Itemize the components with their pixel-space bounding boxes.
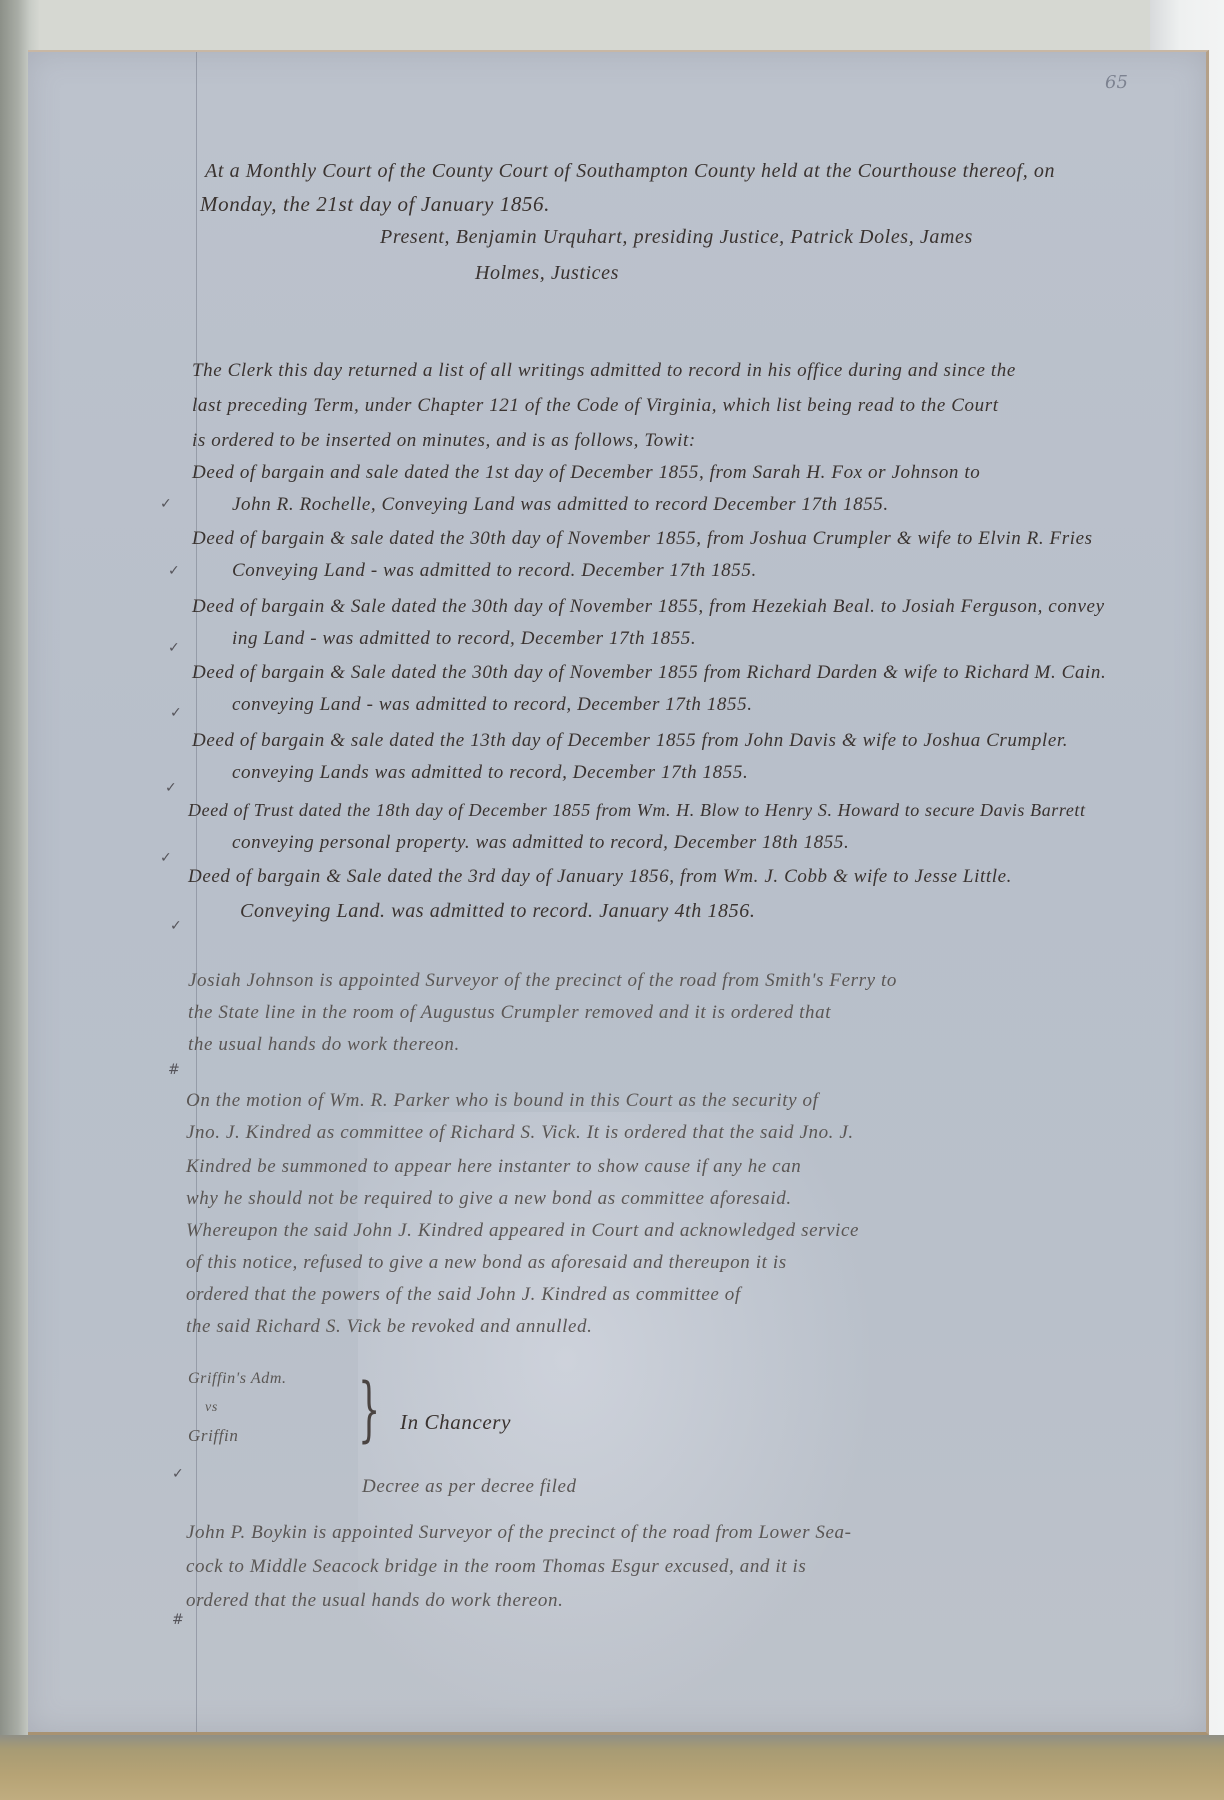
- motion-line: the said Richard S. Vick be revoked and …: [186, 1316, 592, 1338]
- brace-glyph: }: [358, 1368, 380, 1450]
- margin-mark: #: [168, 1062, 180, 1078]
- road-order-line: John P. Boykin is appointed Surveyor of …: [186, 1522, 852, 1544]
- deed-entry-line: Deed of bargain & Sale dated the 3rd day…: [188, 866, 1012, 888]
- margin-check-mark: ✓: [160, 496, 172, 512]
- road-order-line: the State line in the room of Augustus C…: [188, 1002, 831, 1024]
- page-number: 65: [1105, 72, 1128, 93]
- deed-entry-line: Conveying Land - was admitted to record.…: [232, 560, 757, 582]
- motion-line: why he should not be required to give a …: [186, 1188, 792, 1210]
- deed-entry-line: Deed of bargain & Sale dated the 30th da…: [192, 662, 1106, 684]
- deed-entry-line: Deed of bargain and sale dated the 1st d…: [192, 462, 980, 484]
- header-justices-line: Holmes, Justices: [475, 262, 619, 285]
- deed-entry-line: Deed of Trust dated the 18th day of Dece…: [188, 800, 1086, 821]
- deed-entry-line: Conveying Land. was admitted to record. …: [240, 900, 755, 923]
- header-line: Monday, the 21st day of January 1856.: [200, 192, 550, 217]
- chancery-plaintiff: Griffin's Adm.: [188, 1370, 287, 1388]
- clerk-paragraph-line: last preceding Term, under Chapter 121 o…: [192, 395, 999, 417]
- motion-line: of this notice, refused to give a new bo…: [186, 1252, 787, 1274]
- motion-line: On the motion of Wm. R. Parker who is bo…: [186, 1090, 818, 1112]
- deed-entry-line: conveying personal property. was admitte…: [232, 832, 849, 854]
- road-order-line: cock to Middle Seacock bridge in the roo…: [186, 1556, 806, 1578]
- chancery-vs: vs: [205, 1400, 218, 1416]
- margin-check-mark: ✓: [170, 705, 182, 721]
- margin-check-mark: ✓: [168, 640, 180, 656]
- margin-rule-line: [196, 52, 197, 1732]
- deed-entry-line: ing Land - was admitted to record, Decem…: [232, 628, 696, 650]
- clerk-paragraph-line: The Clerk this day returned a list of al…: [192, 360, 1016, 382]
- clerk-paragraph-line: is ordered to be inserted on minutes, an…: [192, 430, 696, 452]
- deed-entry-line: conveying Lands was admitted to record, …: [232, 762, 748, 784]
- chancery-defendant: Griffin: [188, 1426, 239, 1446]
- deed-entry-line: conveying Land - was admitted to record,…: [232, 694, 753, 716]
- header-present-line: Present, Benjamin Urquhart, presiding Ju…: [380, 226, 973, 249]
- deed-entry-line: Deed of bargain & sale dated the 30th da…: [192, 528, 1093, 550]
- chancery-decree: Decree as per decree filed: [362, 1476, 577, 1498]
- deed-entry-line: John R. Rochelle, Conveying Land was adm…: [232, 494, 889, 516]
- road-order-line: the usual hands do work thereon.: [188, 1034, 460, 1056]
- motion-line: Whereupon the said John J. Kindred appea…: [186, 1220, 859, 1242]
- road-order-line: ordered that the usual hands do work the…: [186, 1590, 563, 1612]
- margin-check-mark: ✓: [165, 780, 177, 796]
- margin-check-mark: ✓: [170, 918, 182, 934]
- header-line: At a Monthly Court of the County Court o…: [205, 160, 1055, 183]
- margin-check-mark: ✓: [172, 1466, 184, 1482]
- deed-entry-line: Deed of bargain & sale dated the 13th da…: [192, 730, 1068, 752]
- motion-line: ordered that the powers of the said John…: [186, 1284, 741, 1306]
- margin-mark: #: [172, 1612, 184, 1628]
- chancery-court: In Chancery: [400, 1410, 511, 1435]
- table-surface: [0, 1735, 1224, 1800]
- road-order-line: Josiah Johnson is appointed Surveyor of …: [188, 970, 897, 992]
- margin-check-mark: ✓: [168, 563, 180, 579]
- motion-line: Jno. J. Kindred as committee of Richard …: [186, 1122, 854, 1144]
- margin-check-mark: ✓: [160, 850, 172, 866]
- manuscript-page: [28, 50, 1209, 1735]
- motion-line: Kindred be summoned to appear here insta…: [186, 1156, 801, 1178]
- deed-entry-line: Deed of bargain & Sale dated the 30th da…: [192, 596, 1105, 618]
